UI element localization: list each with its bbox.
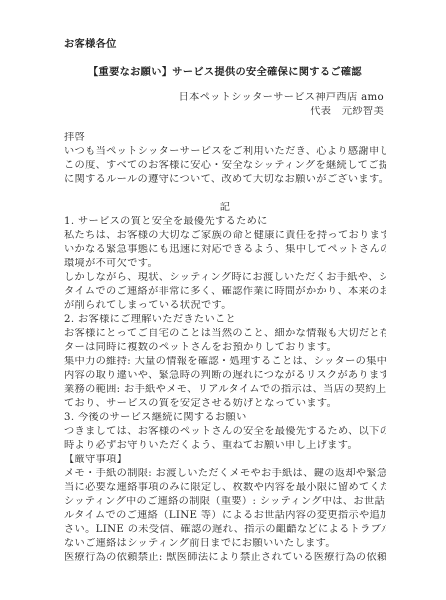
body-line: ターは同時に複数のペットさんをお預かりしております。 — [64, 342, 386, 354]
body-line: メモ・手紙の制限: お渡しいただくメモやお手紙は、鍵の返却や緊急連絡先の変更など… — [64, 468, 386, 480]
intro-line: この度、すべてのお客様に安心・安全なシッティングを継続してご提供するために、お世… — [64, 160, 386, 172]
body-line: 医療行為の依頼禁止: 獣医師法により禁止されている医療行為の依頼は、法律違反とな… — [64, 552, 386, 564]
sender-representative: 代表 元紗智美 — [64, 106, 384, 118]
body-line: ており、サービスの質を安定させる妨げとなっています。 — [64, 398, 386, 410]
body-line: 業務の範囲: お手紙やメモ、リアルタイムでの指示は、当店の契約上のサービス範囲を… — [64, 384, 386, 396]
greeting: 拝啓 — [64, 132, 386, 144]
body-line: が削られてしまっている状況です。 — [64, 300, 386, 312]
body-line: 内容の取り違いや、緊急時の判断の遅れにつながるリスクがあります。 — [64, 370, 386, 382]
body-line: さい。LINE の未受信、確認の遅れ、指示の齟齬などによるトラブル防止のため、緊… — [64, 524, 386, 536]
intro-line: いつも当ペットシッターサービスをご利用いただき、心より感謝申し上げます。 — [64, 146, 386, 158]
rules-heading: 【厳守事項】 — [64, 454, 386, 466]
body-line: 私たちは、お客様の大切なご家族の命と健康に責任を持っております。シッター業務中は… — [64, 230, 386, 242]
body-line: ルタイムでのご連絡（LINE 等）によるお世話内容の変更指示や追加のご相談はご遠… — [64, 510, 386, 522]
body-line: タイムでのご連絡が非常に多く、確認作業に時間がかかり、本来のお世話に集中できる時… — [64, 286, 386, 298]
body-line: つきましては、お客様のペットさんの安全を最優先するため、以下のルールを次回のご利… — [64, 426, 386, 438]
body-line: 時より必ずお守りいただくよう、重ねてお願い申し上げます。 — [64, 440, 386, 452]
document-page: お客様各位 【重要なお願い】サービス提供の安全確保に関するご確認 日本ペットシッ… — [0, 0, 446, 600]
body-line: ないご連絡はシッティング前日までにお願いいたします。 — [64, 538, 386, 550]
section-heading: 3. 今後のサービス継続に関するお願い — [64, 412, 386, 424]
section-heading: 2. お客様にご理解いただきたいこと — [64, 314, 386, 326]
section-heading: 1. サービスの質と安全を最優先するために — [64, 216, 386, 228]
body-line: 環境が不可欠です。 — [64, 258, 386, 270]
addressee: お客様各位 — [64, 38, 386, 50]
body-line: 当に必要な連絡事項のみに限定し、枚数や内容を最小限に留めてください。 — [64, 482, 386, 494]
body-line: シッティング中のご連絡の制限（重要）: シッティング中は、お世話に集中するため、… — [64, 496, 386, 508]
document-title: 【重要なお願い】サービス提供の安全確保に関するご確認 — [64, 66, 386, 78]
body-line: お客様にとってご自宅のことは当然のこと、細かな情報も大切だと存じます。しかし、シ… — [64, 328, 386, 340]
body-line: いかなる緊急事態にも迅速に対応できるよう、集中してペットさんの観察とケアにあたる — [64, 244, 386, 256]
body-line: 集中力の維持: 大量の情報を確認・処理することは、シッターの集中力を分散させ、お… — [64, 356, 386, 368]
sender-company: 日本ペットシッターサービス神戸西店 amo — [64, 92, 384, 104]
ki-heading: 記 — [64, 202, 386, 214]
body-line: しかしながら、現状、シッティング時にお渡しいただくお手紙や、シッティング中のリア… — [64, 272, 386, 284]
intro-line: に関するルールの遵守について、改めて大切なお願いがございます。 — [64, 174, 386, 186]
